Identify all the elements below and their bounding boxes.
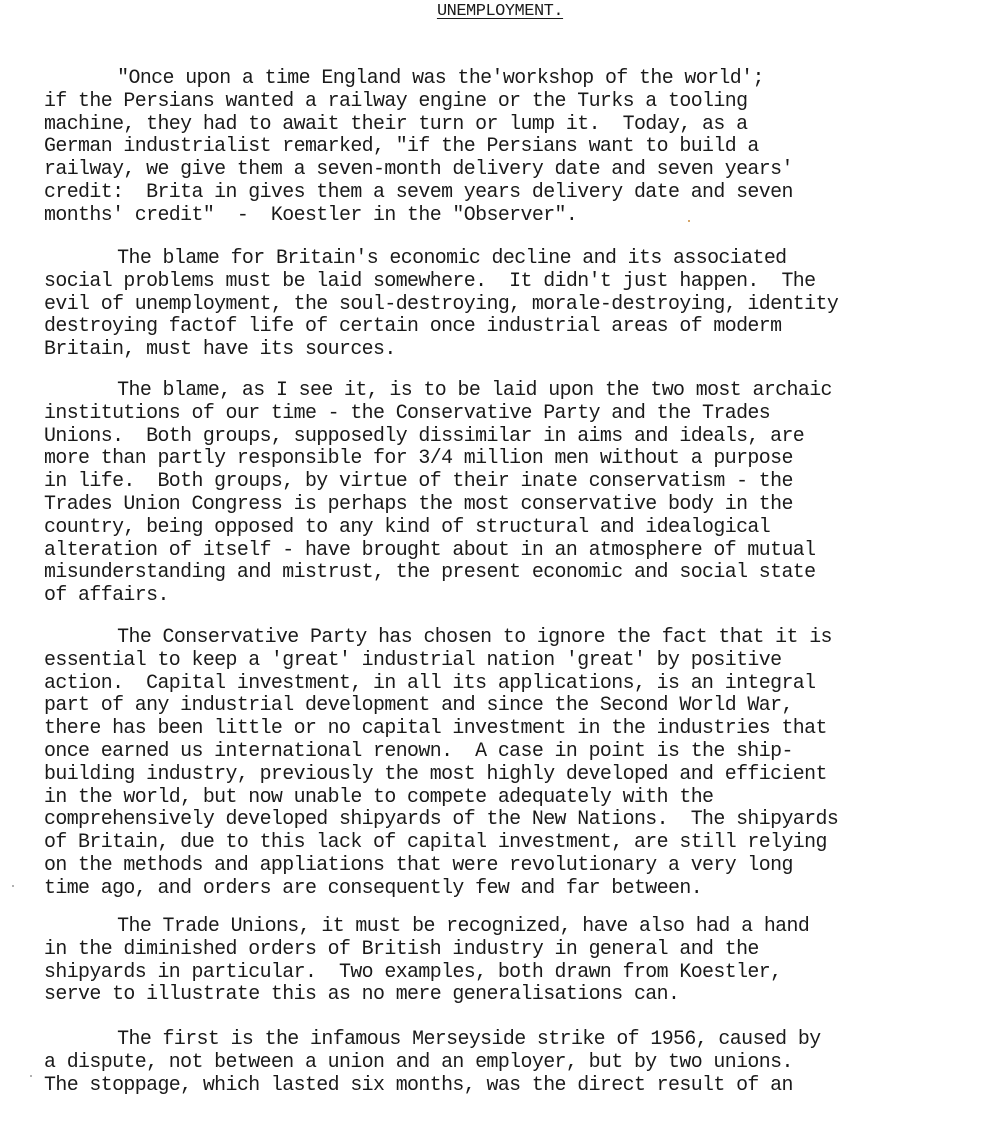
text-line: a dispute, not between a union and an em… [44, 1052, 970, 1075]
text-line: The blame, as I see it, is to be laid up… [44, 380, 970, 403]
text-line: serve to illustrate this as no mere gene… [44, 984, 970, 1007]
text-line: of affairs. [44, 585, 970, 608]
text-line: of Britain, due to this lack of capital … [44, 832, 970, 855]
text-line: comprehensively developed shipyards of t… [44, 809, 970, 832]
text-line: months' credit" - Koestler in the "Obser… [44, 205, 970, 228]
text-line: Unions. Both groups, supposedly dissimil… [44, 426, 970, 449]
paper-speck [30, 1075, 32, 1077]
text-line: in life. Both groups, by virtue of their… [44, 471, 970, 494]
text-line: on the methods and appliations that were… [44, 855, 970, 878]
text-line: The Conservative Party has chosen to ign… [44, 627, 970, 650]
text-line: there has been little or no capital inve… [44, 718, 970, 741]
paper-speck [688, 220, 690, 222]
text-line: Britain, must have its sources. [44, 339, 970, 362]
text-line: shipyards in particular. Two examples, b… [44, 962, 970, 985]
text-line: country, being opposed to any kind of st… [44, 517, 970, 540]
text-line: "Once upon a time England was the'worksh… [44, 68, 970, 91]
text-line: The first is the infamous Merseyside str… [44, 1029, 970, 1052]
text-line: misunderstanding and mistrust, the prese… [44, 562, 970, 585]
text-line: institutions of our time - the Conservat… [44, 403, 970, 426]
text-line: more than partly responsible for 3/4 mil… [44, 448, 970, 471]
typewritten-page: UNEMPLOYMENT. "Once upon a time England … [0, 0, 1000, 1121]
paragraph-merseyside-strike: The first is the infamous Merseyside str… [44, 1029, 994, 1097]
paragraph-conservative-party: The Conservative Party has chosen to ign… [44, 627, 994, 901]
text-line: once earned us international renown. A c… [44, 741, 970, 764]
document-title: UNEMPLOYMENT. [0, 2, 1000, 21]
paragraph-koestler-quote: "Once upon a time England was the'worksh… [44, 68, 994, 228]
paragraph-archaic-institutions: The blame, as I see it, is to be laid up… [44, 380, 994, 608]
text-line: The stoppage, which lasted six months, w… [44, 1075, 970, 1098]
text-line: if the Persians wanted a railway engine … [44, 91, 970, 114]
text-line: destroying factof life of certain once i… [44, 316, 970, 339]
paper-speck [12, 885, 14, 887]
text-line: alteration of itself - have brought abou… [44, 540, 970, 563]
text-line: machine, they had to await their turn or… [44, 114, 970, 137]
text-line: part of any industrial development and s… [44, 695, 970, 718]
text-line: railway, we give them a seven-month deli… [44, 159, 970, 182]
text-line: building industry, previously the most h… [44, 764, 970, 787]
paragraph-blame-intro: The blame for Britain's economic decline… [44, 248, 994, 362]
text-line: essential to keep a 'great' industrial n… [44, 650, 970, 673]
text-line: evil of unemployment, the soul-destroyin… [44, 294, 970, 317]
text-line: in the world, but now unable to compete … [44, 787, 970, 810]
text-line: in the diminished orders of British indu… [44, 939, 970, 962]
text-line: credit: Brita in gives them a sevem year… [44, 182, 970, 205]
text-line: The blame for Britain's economic decline… [44, 248, 970, 271]
text-line: time ago, and orders are consequently fe… [44, 878, 970, 901]
text-line: action. Capital investment, in all its a… [44, 673, 970, 696]
text-line: social problems must be laid somewhere. … [44, 271, 970, 294]
paragraph-trade-unions: The Trade Unions, it must be recognized,… [44, 916, 994, 1007]
text-line: The Trade Unions, it must be recognized,… [44, 916, 970, 939]
text-line: Trades Union Congress is perhaps the mos… [44, 494, 970, 517]
text-line: German industrialist remarked, "if the P… [44, 136, 970, 159]
